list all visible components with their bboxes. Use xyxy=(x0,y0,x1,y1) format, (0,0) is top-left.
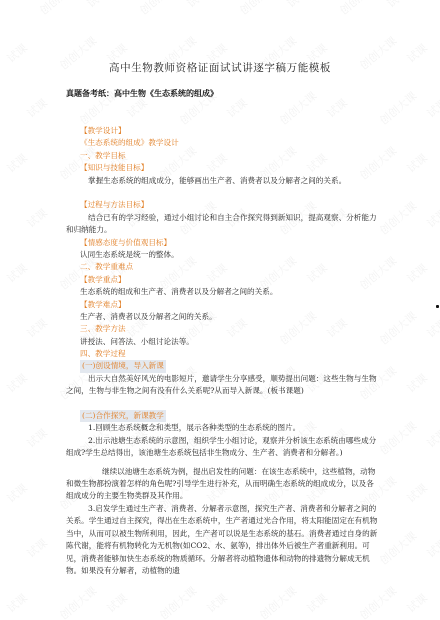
watermark-text: 试课 xyxy=(4,590,31,616)
watermark-text: 创创大课 xyxy=(376,198,420,239)
section-heading-process: 四、教学过程 xyxy=(66,348,378,360)
watermark-text: 试课 xyxy=(24,205,51,231)
watermark-text: 试课 xyxy=(24,95,51,121)
watermark-text: 创创大课 xyxy=(376,528,420,569)
section-heading-key-difficult: 二、教学重难点 xyxy=(66,261,378,273)
exam-subtitle: 真题备考纸：高中生物《生态系统的组成》 xyxy=(66,88,218,99)
watermark-text: 创创大课 xyxy=(136,0,180,18)
watermark-text: 试课 xyxy=(424,95,440,121)
text-process-objective: 结合已有的学习经验，通过小组讨论和自主合作探究得到新知识，提高观察、分析能力和归… xyxy=(66,212,378,237)
watermark-text: 试课 xyxy=(284,0,311,11)
watermark-text: 试课 xyxy=(324,95,351,121)
watermark-text: 试课 xyxy=(384,0,411,11)
watermark-text: 创创大课 xyxy=(156,583,200,620)
watermark-text: 试课 xyxy=(84,0,111,11)
label-key-point: 【教学重点】 xyxy=(66,274,378,286)
watermark-text: 创创大课 xyxy=(376,418,420,459)
page-title: 高中生物教师资格证面试试讲逐字稿万能模板 xyxy=(0,60,440,75)
watermark-text: 试课 xyxy=(204,590,231,616)
watermark-text: 试课 xyxy=(404,480,431,506)
section-heading-objectives: 一、教学目标 xyxy=(66,150,378,162)
page-marker-dot xyxy=(436,305,439,308)
text-inquiry-step-1: 1.回顾生态系统概念和类型，展示各种类型的生态系统的图片。 xyxy=(66,422,378,434)
watermark-text: 创创大课 xyxy=(276,88,320,129)
watermark-text: 创创大课 xyxy=(376,88,420,129)
text-inquiry-step-2: 2.出示池塘生态系统的示意图，组织学生小组讨论，观察并分析该生态系统由哪些成分组… xyxy=(66,435,378,460)
text-inquiry-continue: 继续以池塘生态系统为例，提出启发性的问题：在该生态系统中，这些植物，动物和微生物… xyxy=(66,466,378,503)
watermark-text: 试课 xyxy=(224,95,251,121)
watermark-text: 试课 xyxy=(404,370,431,396)
text-difficult-point: 生产者、消费者以及分解者之间的关系。 xyxy=(66,311,378,323)
watermark-text: 试课 xyxy=(404,260,431,286)
watermark-text: 创创大课 xyxy=(376,308,420,349)
text-introduction: 出示大自然美好风光的电影短片，邀请学生分享感受，顺势提出问题：这些生物与生物之间… xyxy=(66,373,378,398)
text-key-point: 生态系统的组成和生产者、消费者以及分解者之间的关系。 xyxy=(66,286,378,298)
watermark-text: 试课 xyxy=(24,315,51,341)
document-body: 【教学设计】 《生态系统的组成》教学设计 一、教学目标 【知识与技能目标】 掌握… xyxy=(66,125,378,577)
design-title: 《生态系统的组成》教学设计 xyxy=(66,137,378,149)
text-methods: 讲授法、问答法、小组讨论法等。 xyxy=(66,336,378,348)
label-difficult-point: 【教学难点】 xyxy=(66,299,378,311)
watermark-text: 试课 xyxy=(24,535,51,561)
watermark-text: 试课 xyxy=(424,535,440,561)
watermark-text: 创创大课 xyxy=(356,583,400,620)
watermark-text: 试课 xyxy=(404,150,431,176)
watermark-text: 创创大课 xyxy=(256,583,300,620)
text-inquiry-step-3: 3.启发学生通过生产者、消费者、分解者示意图，探究生产者、消费者和分解者之间的关… xyxy=(66,503,378,577)
watermark-text: 试课 xyxy=(424,315,440,341)
watermark-text: 试课 xyxy=(4,260,31,286)
watermark-text: 创创大课 xyxy=(236,0,280,18)
watermark-text: 创创大课 xyxy=(56,583,100,620)
subheading-introduction: (一)创设情境，导入新课 xyxy=(80,360,166,372)
watermark-text: 试课 xyxy=(424,425,440,451)
text-emotion-objective: 认同生态系统是统一的整体。 xyxy=(66,249,378,261)
design-header: 【教学设计】 xyxy=(66,125,378,137)
subheading-cooperative-inquiry: (二)合作探究，新课教学 xyxy=(80,410,166,422)
watermark-text: 试课 xyxy=(104,590,131,616)
text-knowledge-objective: 掌握生态系统的组成成分，能够画出生产者、消费者以及分解者之间的关系。 xyxy=(66,175,378,187)
watermark-text: 试课 xyxy=(424,205,440,231)
document-page: 试课创创大课试课创创大课试课创创大课试课创创大课试课创创大课试课创创大课试课创创… xyxy=(0,0,440,620)
watermark-text: 试课 xyxy=(0,0,11,11)
watermark-text: 试课 xyxy=(24,425,51,451)
label-process-objective: 【过程与方法目标】 xyxy=(66,199,378,211)
watermark-text: 试课 xyxy=(4,150,31,176)
watermark-text: 试课 xyxy=(184,0,211,11)
watermark-text: 试课 xyxy=(4,480,31,506)
label-knowledge-objective: 【知识与技能目标】 xyxy=(66,162,378,174)
watermark-text: 试课 xyxy=(304,590,331,616)
watermark-text: 试课 xyxy=(4,370,31,396)
watermark-text: 创创大课 xyxy=(36,0,80,18)
label-emotion-objective: 【情感态度与价值观目标】 xyxy=(66,237,378,249)
watermark-text: 试课 xyxy=(404,590,431,616)
watermark-text: 创创大课 xyxy=(336,0,380,18)
section-heading-methods: 三、教学方法 xyxy=(66,323,378,335)
watermark-text: 创创大课 xyxy=(436,0,440,18)
